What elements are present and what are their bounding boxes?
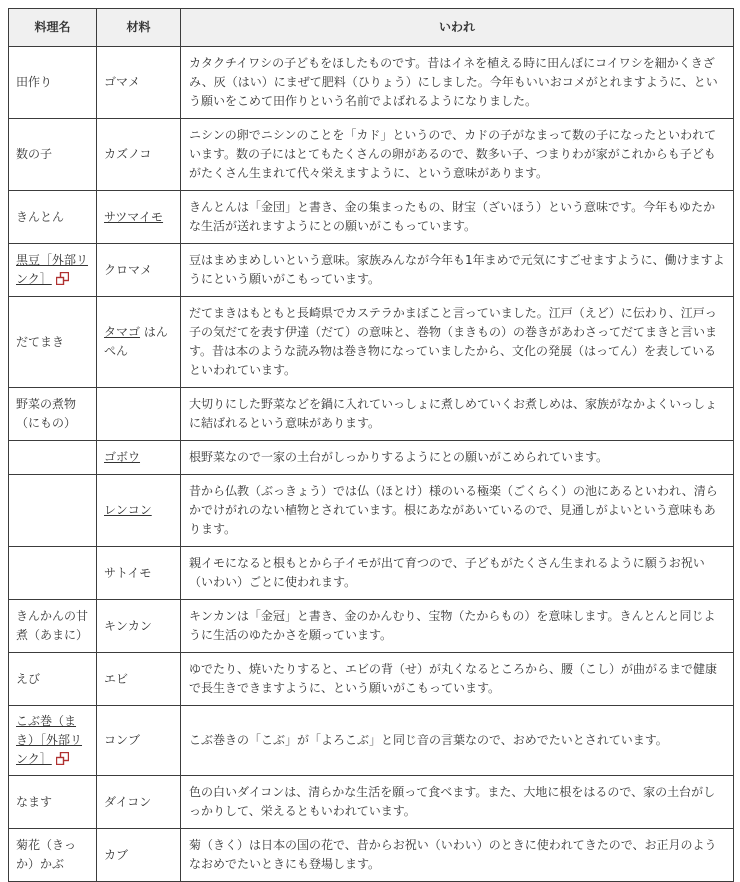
header-material: 材料: [97, 9, 181, 47]
table-row: 田作り ゴマメ カタクチイワシの子どもをほしたものです。昔はイネを植える時に田ん…: [9, 47, 734, 119]
material-link[interactable]: ゴボウ: [104, 450, 140, 464]
material-cell: エビ: [97, 653, 181, 706]
dish-name: 野菜の煮物（にもの）: [16, 397, 76, 430]
material-link[interactable]: レンコン: [104, 503, 152, 517]
dish-name: えび: [16, 672, 40, 686]
material-cell: サツマイモ: [97, 191, 181, 244]
meaning-cell: ニシンの卵でニシンのことを「カド」というので、カドの子がなまって数の子になったと…: [181, 119, 734, 191]
meaning-text: 大切りにした野菜などを鍋に入れていっしょに煮しめていくお煮しめは、家族がなかよく…: [189, 397, 717, 430]
table-row: 菊花（きっか）かぶ カブ 菊（きく）は日本の国の花で、昔からお祝い（いわい）のと…: [9, 829, 734, 882]
dish-external-link[interactable]: こぶ巻（まき）［外部リンク］: [16, 714, 82, 766]
material-cell: ゴマメ: [97, 47, 181, 119]
material-name: キンカン: [104, 619, 152, 633]
material-name: クロマメ: [104, 263, 152, 277]
meaning-text: だてまきはもともと長崎県でカステラかまぼこと言っていました。江戸（えど）に伝わり…: [189, 306, 717, 377]
dish-cell: きんとん: [9, 191, 97, 244]
material-name: ダイコン: [104, 795, 151, 809]
dish-cell: 黒豆［外部リンク］: [9, 244, 97, 297]
dish-name: 田作り: [16, 75, 52, 89]
header-dish: 料理名: [9, 9, 97, 47]
meaning-cell: こぶ巻きの「こぶ」が「よろこぶ」と同じ音の言葉なので、おめでたいとされています。: [181, 706, 734, 776]
material-cell: タマゴ はんぺん: [97, 297, 181, 388]
material-cell: クロマメ: [97, 244, 181, 297]
material-name: カズノコ: [104, 147, 151, 161]
material-cell: コンブ: [97, 706, 181, 776]
table-row: だてまき タマゴ はんぺん だてまきはもともと長崎県でカステラかまぼこと言ってい…: [9, 297, 734, 388]
table-row: 数の子 カズノコ ニシンの卵でニシンのことを「カド」というので、カドの子がなまっ…: [9, 119, 734, 191]
meaning-text: 豆はまめまめしいという意味。家族みんなが今年も1年まめで元気にすごせますように、…: [189, 253, 725, 286]
material-cell: カブ: [97, 829, 181, 882]
dish-external-link[interactable]: 黒豆［外部リンク］: [16, 253, 88, 286]
meaning-cell: 豆はまめまめしいという意味。家族みんなが今年も1年まめで元気にすごせますように、…: [181, 244, 734, 297]
table-row: えび エビ ゆでたり、焼いたりすると、エビの背（せ）が丸くなるところから、腰（こ…: [9, 653, 734, 706]
dish-cell: [9, 475, 97, 547]
dish-cell: 野菜の煮物（にもの）: [9, 388, 97, 441]
table-row: ゴボウ 根野菜なので一家の土台がしっかりするようにとの願いがこめられています。: [9, 441, 734, 475]
meaning-cell: ゆでたり、焼いたりすると、エビの背（せ）が丸くなるところから、腰（こし）が曲がる…: [181, 653, 734, 706]
dish-cell: きんかんの甘煮（あまに）: [9, 600, 97, 653]
meaning-text: 昔から仏教（ぶっきょう）では仏（ほとけ）様のいる極楽（ごくらく）の池にあるといわ…: [189, 484, 718, 536]
dish-cell: 菊花（きっか）かぶ: [9, 829, 97, 882]
table-row: きんかんの甘煮（あまに） キンカン キンカンは「金冠」と書き、金のかんむり、宝物…: [9, 600, 734, 653]
material-cell: ゴボウ: [97, 441, 181, 475]
dish-cell: [9, 547, 97, 600]
meaning-text: ニシンの卵でニシンのことを「カド」というので、カドの子がなまって数の子になったと…: [189, 128, 716, 180]
material-cell: カズノコ: [97, 119, 181, 191]
header-row: 料理名 材料 いわれ: [9, 9, 734, 47]
table-row: サトイモ 親イモになると根もとから子イモが出て育つので、子どもがたくさん生まれる…: [9, 547, 734, 600]
dish-name: 菊花（きっか）かぶ: [16, 838, 76, 871]
table-row: なます ダイコン 色の白いダイコンは、清らかな生活を願って食べます。また、大地に…: [9, 776, 734, 829]
material-link[interactable]: サツマイモ: [104, 210, 163, 224]
osechi-table: 料理名 材料 いわれ 田作り ゴマメ カタクチイワシの子どもをほしたものです。昔…: [8, 8, 734, 882]
dish-cell: 数の子: [9, 119, 97, 191]
meaning-text: ゆでたり、焼いたりすると、エビの背（せ）が丸くなるところから、腰（こし）が曲がる…: [189, 662, 717, 695]
meaning-text: 根野菜なので一家の土台がしっかりするようにとの願いがこめられています。: [189, 450, 608, 464]
header-meaning: いわれ: [181, 9, 734, 47]
external-link-icon[interactable]: [56, 272, 69, 285]
material-name: エビ: [104, 672, 128, 686]
material-link[interactable]: タマゴ: [104, 325, 140, 339]
meaning-text: きんとんは「金団」と書き、金の集まったもの、財宝（ざいほう）という意味です。今年…: [189, 200, 715, 233]
dish-name: 数の子: [16, 147, 52, 161]
material-cell: キンカン: [97, 600, 181, 653]
dish-cell: 田作り: [9, 47, 97, 119]
meaning-text: 菊（きく）は日本の国の花で、昔からお祝い（いわい）のときに使われてきたので、お正…: [189, 838, 717, 871]
dish-name: きんかんの甘煮（あまに）: [16, 609, 88, 642]
external-link-icon[interactable]: [56, 752, 69, 765]
meaning-text: キンカンは「金冠」と書き、金のかんむり、宝物（たからもの）を意味します。きんとん…: [189, 609, 715, 642]
table-row: きんとん サツマイモ きんとんは「金団」と書き、金の集まったもの、財宝（ざいほう…: [9, 191, 734, 244]
material-cell: ダイコン: [97, 776, 181, 829]
material-name: ゴマメ: [104, 75, 140, 89]
dish-cell: こぶ巻（まき）［外部リンク］: [9, 706, 97, 776]
dish-cell: だてまき: [9, 297, 97, 388]
table-row: 黒豆［外部リンク］ クロマメ 豆はまめまめしいという意味。家族みんなが今年も1年…: [9, 244, 734, 297]
material-name: コンブ: [104, 733, 140, 747]
meaning-cell: 根野菜なので一家の土台がしっかりするようにとの願いがこめられています。: [181, 441, 734, 475]
dish-cell: なます: [9, 776, 97, 829]
meaning-cell: キンカンは「金冠」と書き、金のかんむり、宝物（たからもの）を意味します。きんとん…: [181, 600, 734, 653]
material-cell: サトイモ: [97, 547, 181, 600]
table-row: こぶ巻（まき）［外部リンク］ コンブ こぶ巻きの「こぶ」が「よろこぶ」と同じ音の…: [9, 706, 734, 776]
table-row: 野菜の煮物（にもの） 大切りにした野菜などを鍋に入れていっしょに煮しめていくお煮…: [9, 388, 734, 441]
meaning-text: カタクチイワシの子どもをほしたものです。昔はイネを植える時に田んぼにコイワシを細…: [189, 56, 718, 108]
meaning-text: 色の白いダイコンは、清らかな生活を願って食べます。また、大地に根をはるので、家の…: [189, 785, 715, 818]
meaning-cell: きんとんは「金団」と書き、金の集まったもの、財宝（ざいほう）という意味です。今年…: [181, 191, 734, 244]
dish-name: なます: [16, 795, 52, 809]
material-name: カブ: [104, 848, 128, 862]
dish-name: きんとん: [16, 210, 64, 224]
meaning-text: こぶ巻きの「こぶ」が「よろこぶ」と同じ音の言葉なので、おめでたいとされています。: [189, 733, 668, 747]
table-row: レンコン 昔から仏教（ぶっきょう）では仏（ほとけ）様のいる極楽（ごくらく）の池に…: [9, 475, 734, 547]
dish-cell: えび: [9, 653, 97, 706]
meaning-text: 親イモになると根もとから子イモが出て育つので、子どもがたくさん生まれるように願う…: [189, 556, 705, 589]
dish-cell: [9, 441, 97, 475]
meaning-cell: だてまきはもともと長崎県でカステラかまぼこと言っていました。江戸（えど）に伝わり…: [181, 297, 734, 388]
material-cell: [97, 388, 181, 441]
meaning-cell: 親イモになると根もとから子イモが出て育つので、子どもがたくさん生まれるように願う…: [181, 547, 734, 600]
meaning-cell: 菊（きく）は日本の国の花で、昔からお祝い（いわい）のときに使われてきたので、お正…: [181, 829, 734, 882]
material-name: サトイモ: [104, 566, 151, 580]
material-cell: レンコン: [97, 475, 181, 547]
meaning-cell: 色の白いダイコンは、清らかな生活を願って食べます。また、大地に根をはるので、家の…: [181, 776, 734, 829]
meaning-cell: カタクチイワシの子どもをほしたものです。昔はイネを植える時に田んぼにコイワシを細…: [181, 47, 734, 119]
dish-name: だてまき: [16, 335, 64, 349]
meaning-cell: 昔から仏教（ぶっきょう）では仏（ほとけ）様のいる極楽（ごくらく）の池にあるといわ…: [181, 475, 734, 547]
meaning-cell: 大切りにした野菜などを鍋に入れていっしょに煮しめていくお煮しめは、家族がなかよく…: [181, 388, 734, 441]
